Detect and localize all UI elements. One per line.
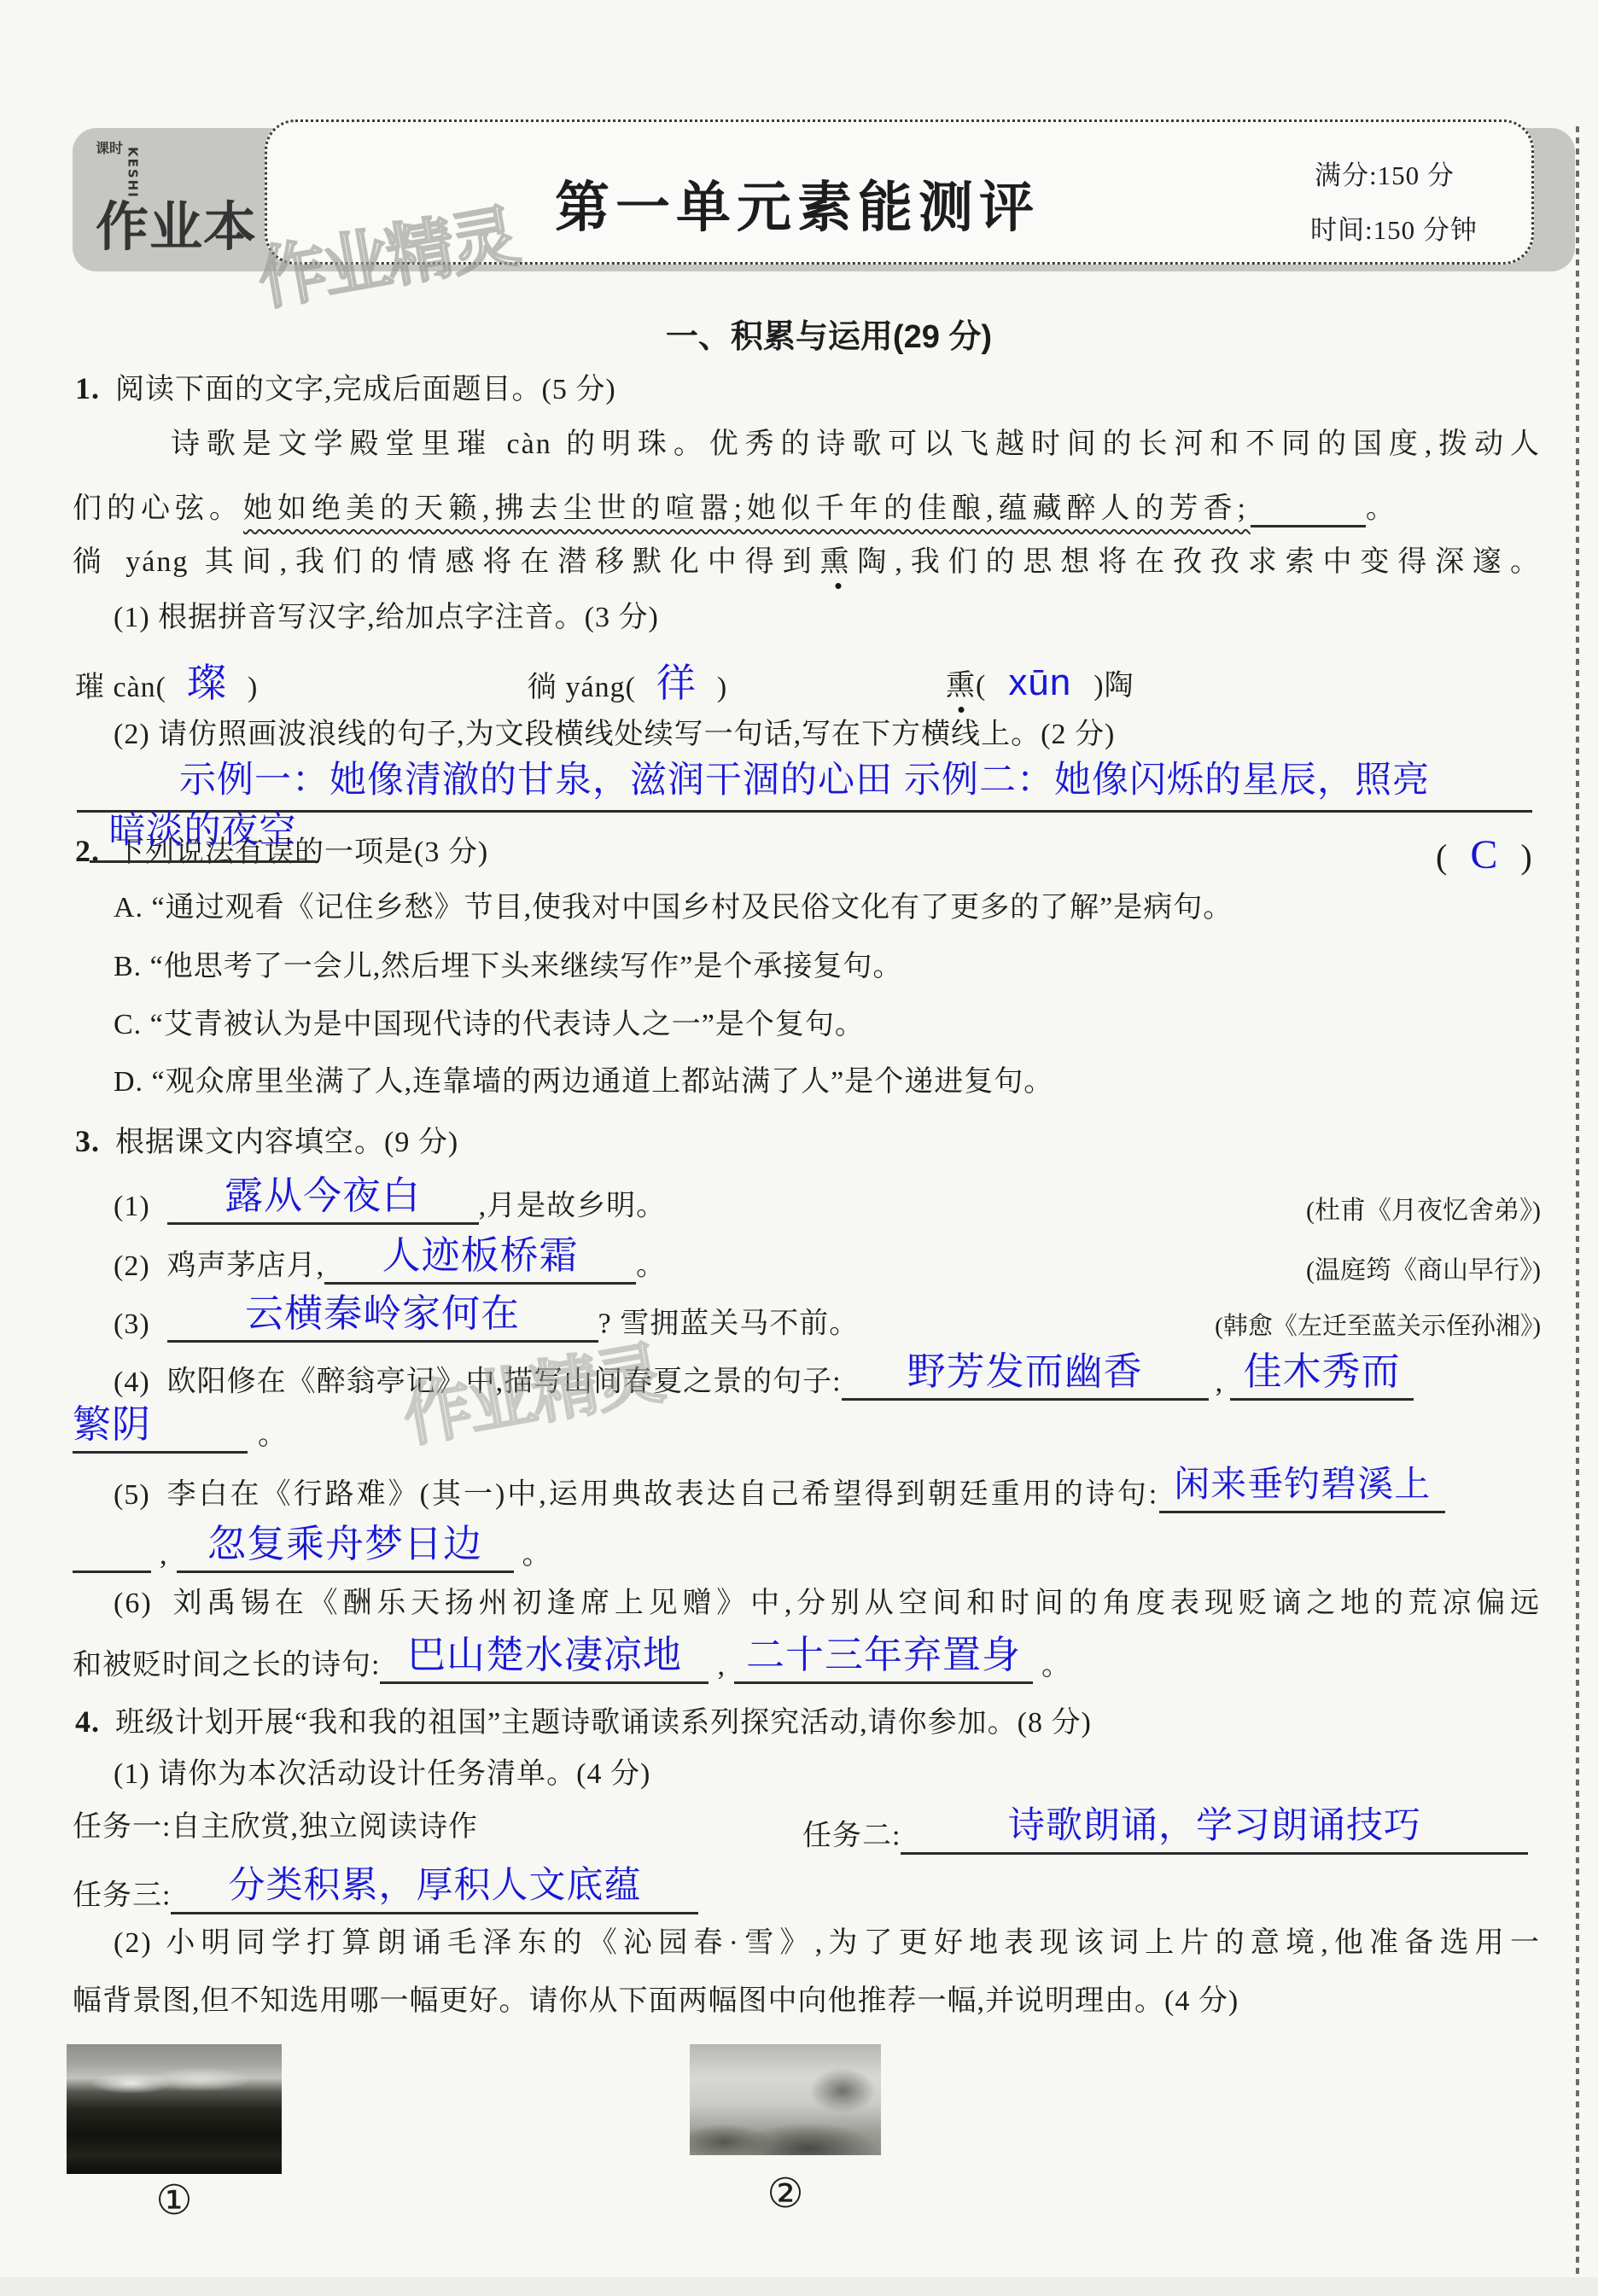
q3-item6-pre1: 刘禹锡在《酬乐天扬州初逢席上见赠》中,分别从空间和时间的角度表现贬谪之地的荒凉偏… (170, 1588, 1541, 1619)
q1-stem: 1.阅读下面的文字,完成后面题目。(5 分) (75, 370, 616, 409)
q3-item4-line2: 繁阴。 (73, 1408, 288, 1454)
q3-item1-blank: 露从今夜白 (167, 1180, 479, 1225)
time-limit-label: 时间:150 分钟 (1310, 208, 1478, 247)
q3-item6-tail: 。 (1041, 1650, 1071, 1681)
q1-pinyin-group2: 徜 yáng(徉) (528, 659, 727, 708)
q1-pinyin2-post: ) (717, 672, 727, 703)
q3-item4-tail: 。 (258, 1419, 288, 1451)
q2-option-d: D. “观众席里坐满了人,连靠墙的两边通道上都站满了人”是个递进复句。 (114, 1064, 1053, 1101)
q3-item1-label: (1) (114, 1191, 150, 1222)
q3-item4-mid: , (1216, 1367, 1224, 1398)
q3-item1-tail: ,月是故乡明。 (479, 1191, 667, 1222)
q3-item5-answer1: 闲来垂钓碧溪上 (1159, 1465, 1445, 1504)
q3-item6-label: (6) (114, 1588, 153, 1619)
q4-task2-blank: 诗歌朗诵，学习朗诵技巧 (901, 1809, 1528, 1855)
q3-item2-answer: 人迹板桥霜 (324, 1236, 636, 1275)
q2-answer-letter: C (1470, 832, 1498, 877)
q1-answer-blank1: 示例一：她像清澈的甘泉，滋润干涸的心田 示例二：她像闪烁的星辰，照亮 (77, 762, 1532, 813)
q3-item1: (1)露从今夜白,月是故乡明。 (114, 1180, 666, 1225)
q3-item5-blank2: 忽复乘舟梦日边 (177, 1528, 514, 1573)
q3-item4-answer1: 野芳发而幽香 (842, 1352, 1209, 1391)
q3-item2-source: (温庭筠《商山早行》) (1306, 1249, 1541, 1286)
q3-item4-line1: (4)欧阳修在《醉翁亭记》中,描写山间春夏之景的句子:野芳发而幽香,佳木秀而 (114, 1355, 1414, 1401)
q2-paren-close: ) (1520, 837, 1532, 876)
q1-pinyin-group1: 璀 càn(璨) (75, 659, 258, 708)
q1-answer-blank2: 暗淡的夜空 (90, 813, 316, 863)
full-score-label: 满分:150 分 (1315, 154, 1455, 192)
q3-number: 3. (75, 1124, 100, 1158)
figure-1-image (67, 2044, 282, 2174)
q3-item6-line1: (6)刘禹锡在《酬乐天扬州初逢席上见赠》中,分别从空间和时间的角度表现贬谪之地的… (114, 1586, 1541, 1623)
q4-task1: 任务一:自主欣赏,独立阅读诗作 (73, 1809, 478, 1846)
q4-task2-label: 任务二: (802, 1821, 901, 1852)
q4-sub2-line1: (2) 小明同学打算朗诵毛泽东的《沁园春·雪》,为了更好地表现该词上片的意境,他… (114, 1926, 1541, 1962)
q3-item4-blank2: 佳木秀而 (1230, 1355, 1414, 1401)
q3-item5-line1: (5)李白在《行路难》(其一)中,运用典故表达自己希望得到朝廷重用的诗句:闲来垂… (114, 1468, 1445, 1513)
q1-answer-row1: 示例一：她像清澈的甘泉，滋润干涸的心田 示例二：她像闪烁的星辰，照亮 (77, 762, 1532, 813)
q3-item5-line2: ,忽复乘舟梦日边。 (73, 1528, 552, 1573)
q3-item4-answer2: 佳木秀而 (1230, 1352, 1414, 1391)
q3-item6-blank2: 二十三年弃置身 (734, 1639, 1033, 1684)
q3-item5-tail: 。 (522, 1539, 552, 1570)
q3-item6-mid: , (717, 1650, 726, 1681)
q3-item1-source: (杜甫《月夜忆舍弟》) (1306, 1189, 1541, 1227)
q3-item1-answer: 露从今夜白 (167, 1176, 479, 1215)
q1-dotted-char: 熏 (820, 546, 858, 578)
q3-item4-answer2-cont: 繁阴 (73, 1405, 248, 1444)
q3-stem-text: 根据课文内容填空。(9 分) (115, 1127, 458, 1158)
q1-stem-text: 阅读下面的文字,完成后面题目。(5 分) (115, 374, 616, 405)
logo-kesh-text: KESHI (126, 147, 138, 199)
q4-task3: 任务三:分类积累，厚积人文底蕴 (73, 1869, 698, 1914)
test-paper-page: 课时KESHI 作业本 第一单元素能测评 满分:150 分 时间:150 分钟 … (0, 0, 1598, 2296)
q1-passage-line1: 诗歌是文学殿堂里璀 càn 的明珠。优秀的诗歌可以飞越时间的长河和不同的国度,拨… (171, 427, 1541, 463)
q3-item6-pre2: 和被贬时间之长的诗句: (73, 1650, 380, 1681)
q3-item5-blank1: 闲来垂钓碧溪上 (1159, 1468, 1445, 1513)
q3-item2-tail: 。 (636, 1250, 666, 1282)
q1-passage-blank (1251, 482, 1366, 527)
q4-sub1-stem: (1) 请你为本次活动设计任务清单。(4 分) (114, 1757, 650, 1793)
q3-item5-pre: 李白在《行路难》(其一)中,运用典故表达自己希望得到朝廷重用的诗句: (167, 1479, 1160, 1511)
q4-number: 4. (75, 1705, 100, 1739)
q4-stem: 4.班级计划开展“我和我的祖国”主题诗歌诵读系列探究活动,请你参加。(8 分) (75, 1703, 1092, 1742)
q1-pinyin2-pre: 徜 yáng( (528, 672, 636, 703)
q2-option-a: A. “通过观看《记住乡愁》节目,使我对中国乡村及民俗文化有了更多的了解”是病句… (114, 890, 1233, 927)
q3-item3-tail: ? 雪拥蓝关马不前。 (598, 1308, 860, 1340)
figure-1-label: ① (114, 2177, 234, 2224)
q3-item5-mid: , (160, 1539, 168, 1570)
q1-pinyin1-post: ) (248, 672, 258, 703)
q4-task3-label: 任务三: (73, 1880, 171, 1912)
page-right-dashed-border (1576, 126, 1579, 2296)
q3-item5-label: (5) (114, 1479, 150, 1511)
figure-2-label: ② (726, 2170, 845, 2217)
logo-top-text: 课时 (96, 140, 123, 156)
q1-sub2-stem: (2) 请仿照画波浪线的句子,为文段横线处续写一句话,写在下方横线上。(2 分) (114, 717, 1115, 754)
q4-task3-blank: 分类积累，厚积人文底蕴 (171, 1869, 698, 1914)
q1-passage-line3: 徜 yáng 其间,我们的情感将在潜移默化中得到熏陶,我们的思想将在孜孜求索中变… (73, 545, 1541, 581)
logo-line1: 课时KESHI (96, 142, 257, 199)
q3-item3: (3)云横秦岭家何在? 雪拥蓝关马不前。 (114, 1297, 859, 1343)
q1-sub1-stem: (1) 根据拼音写汉字,给加点字注音。(3 分) (114, 600, 659, 637)
q4-task3-answer: 分类积累，厚积人文底蕴 (171, 1866, 698, 1905)
q3-item3-source: (韩愈《左迁至蓝关示侄孙湘》) (1215, 1307, 1541, 1342)
q4-stem-text: 班级计划开展“我和我的祖国”主题诗歌诵读系列探究活动,请你参加。(8 分) (115, 1707, 1092, 1739)
q3-item2-pre: 鸡声茅店月, (167, 1250, 325, 1282)
q1-pinyin1-pre: 璀 càn( (75, 672, 166, 703)
q1-passage-line3a: 徜 yáng 其间,我们的情感将在潜移默化中得到 (73, 546, 820, 578)
q3-item4-label: (4) (114, 1367, 150, 1398)
q3-item4-pre: 欧阳修在《醉翁亭记》中,描写山间春夏之景的句子: (167, 1367, 842, 1398)
q1-pinyin3-post: )陶 (1094, 670, 1134, 702)
q2-answer-slot: (C) (1436, 830, 1533, 881)
q1-answer-text2: 暗淡的夜空 (90, 809, 316, 852)
q4-task2: 任务二:诗歌朗诵，学习朗诵技巧 (802, 1809, 1528, 1855)
q3-item3-blank: 云横秦岭家何在 (167, 1297, 598, 1343)
q1-pinyin3-answer: xūn (1008, 661, 1071, 703)
q3-item4-blank3: 繁阴 (73, 1408, 248, 1454)
q3-item2-label: (2) (114, 1250, 150, 1282)
q1-pinyin1-answer: 璨 (187, 661, 227, 705)
q4-task2-answer: 诗歌朗诵，学习朗诵技巧 (901, 1806, 1528, 1845)
q3-stem: 3.根据课文内容填空。(9 分) (75, 1122, 458, 1162)
figure-2-image (690, 2044, 881, 2155)
logo-bottom-text: 作业本 (96, 202, 257, 253)
section-heading: 一、积累与运用(29 分) (0, 310, 1598, 357)
q1-answer-row2: 暗淡的夜空 (90, 813, 316, 863)
q2-paren-open: ( (1436, 837, 1448, 876)
q3-item4-blank1: 野芳发而幽香 (842, 1355, 1209, 1401)
publisher-logo: 课时KESHI 作业本 (96, 142, 257, 253)
q3-item6-answer1: 巴山楚水凄凉地 (380, 1635, 709, 1675)
q4-sub2-line2: 幅背景图,但不知选用哪一幅更好。请你从下面两幅图中向他推荐一幅,并说明理由。(4… (73, 1984, 1239, 2020)
q2-option-c: C. “艾青被认为是中国现代诗的代表诗人之一”是个复句。 (114, 1007, 865, 1044)
q3-item2: (2)鸡声茅店月,人迹板桥霜。 (114, 1239, 666, 1285)
q1-passage-line2: 们的心弦。她如绝美的天籁,拂去尘世的喧嚣;她似千年的佳酿,蕴藏醉人的芳香;。 (73, 482, 1400, 527)
q1-passage-line3b: 陶,我们的思想将在孜孜求索中变得深邃。 (857, 546, 1541, 578)
q1-pinyin-group3: 熏(xūn)陶 (946, 659, 1134, 706)
page-title: 第一单元素能测评 (555, 164, 1040, 242)
q1-pinyin2-answer: 徉 (656, 661, 697, 705)
q2-option-b: B. “他思考了一会儿,然后埋下头来继续写作”是个承接复句。 (114, 949, 902, 986)
q1-number: 1. (75, 371, 100, 405)
q1-answer-text1: 示例一：她像清澈的甘泉，滋润干涸的心田 示例二：她像闪烁的星辰，照亮 (77, 759, 1532, 801)
q1-passage-line2-end: 。 (1366, 493, 1400, 525)
q1-passage-wavy-sentence: 她如绝美的天籁,拂去尘世的喧嚣;她似千年的佳酿,蕴藏醉人的芳香; (243, 493, 1251, 525)
q3-item6-answer2: 二十三年弃置身 (734, 1635, 1033, 1675)
q3-item5-answer2: 忽复乘舟梦日边 (177, 1524, 514, 1564)
q1-passage-line2-head: 们的心弦。 (73, 493, 243, 525)
q3-item6-line2: 和被贬时间之长的诗句:巴山楚水凄凉地,二十三年弃置身。 (73, 1639, 1071, 1684)
q1-pinyin3-pre: ( (976, 670, 986, 702)
q3-item3-answer: 云横秦岭家何在 (167, 1294, 598, 1333)
q3-item2-blank: 人迹板桥霜 (324, 1239, 636, 1285)
q3-item5-blank-empty (73, 1528, 151, 1573)
q1-pinyin3-dotchar: 熏 (946, 670, 976, 702)
page-bottom-edge (0, 2277, 1598, 2296)
q3-item3-label: (3) (114, 1308, 150, 1340)
q3-item6-blank1: 巴山楚水凄凉地 (380, 1639, 709, 1684)
